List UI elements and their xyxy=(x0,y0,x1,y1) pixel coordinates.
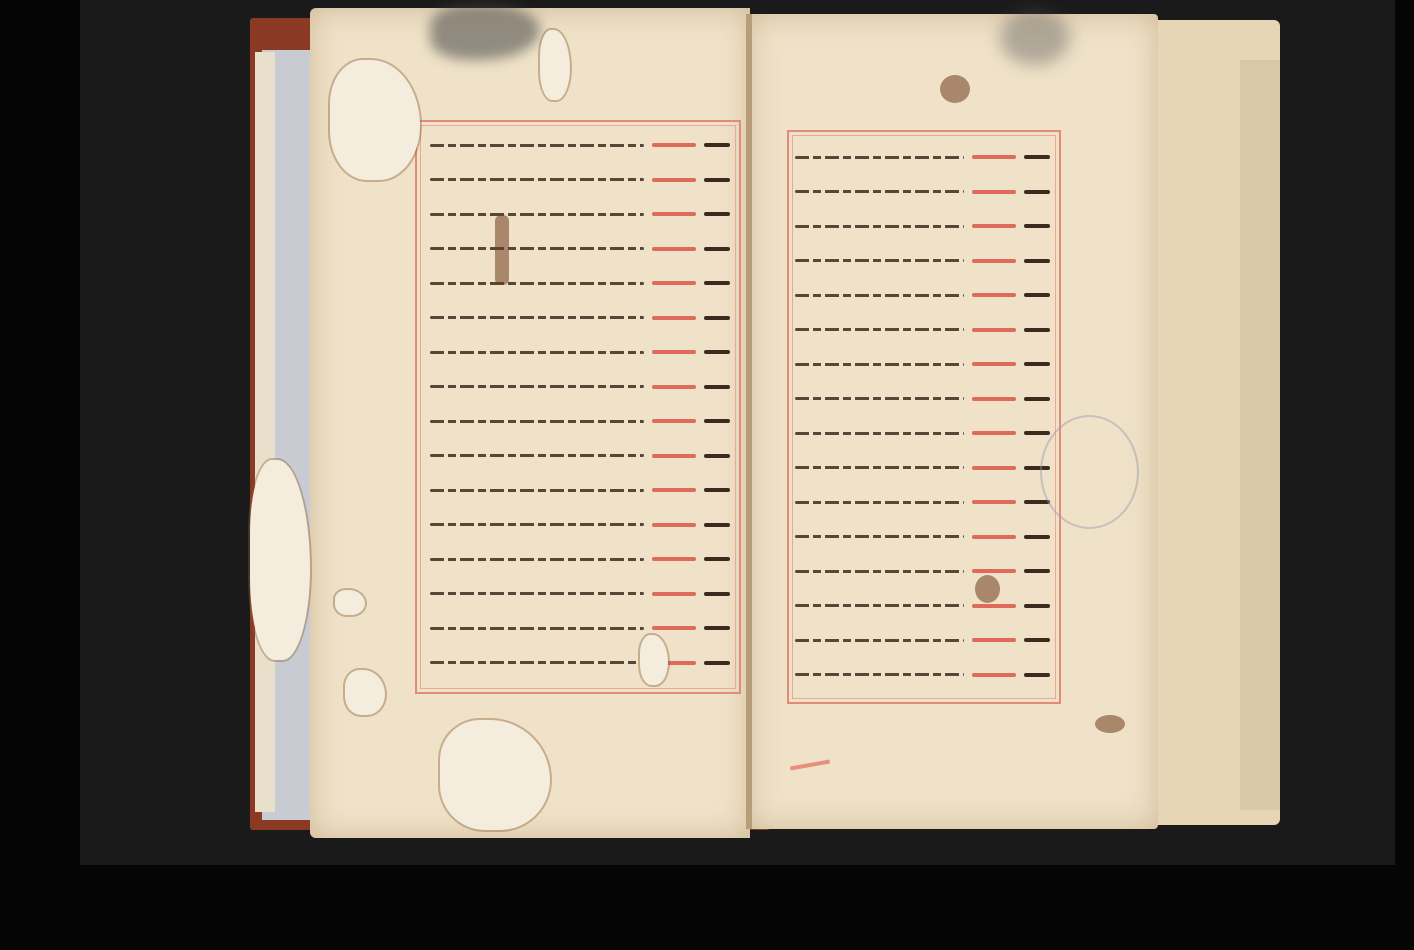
text-line xyxy=(795,209,1050,244)
text-line xyxy=(430,266,730,301)
text-line xyxy=(430,508,730,543)
text-line xyxy=(430,473,730,508)
text-line xyxy=(430,163,730,198)
damage-hole xyxy=(640,635,668,685)
flyleaf-edge xyxy=(255,52,275,812)
text-line xyxy=(795,485,1050,520)
text-line xyxy=(795,416,1050,451)
library-stamp xyxy=(1040,415,1139,529)
worm-damage xyxy=(940,75,970,103)
text-line xyxy=(430,197,730,232)
text-line xyxy=(430,232,730,267)
text-line xyxy=(430,128,730,163)
water-stain xyxy=(1000,10,1070,65)
text-line xyxy=(795,347,1050,382)
text-line xyxy=(430,542,730,577)
text-line xyxy=(430,301,730,336)
worm-damage xyxy=(975,575,1000,603)
right-text-block xyxy=(795,140,1050,692)
text-line xyxy=(430,439,730,474)
text-line xyxy=(795,451,1050,486)
left-text-block xyxy=(430,128,730,680)
text-line xyxy=(430,370,730,405)
damage-hole xyxy=(345,670,385,715)
text-line xyxy=(795,382,1050,417)
text-line xyxy=(430,577,730,612)
page-stack-edge xyxy=(1240,60,1280,810)
text-line xyxy=(430,335,730,370)
text-line xyxy=(430,646,730,681)
text-line xyxy=(795,175,1050,210)
text-line xyxy=(795,623,1050,658)
text-line xyxy=(795,140,1050,175)
text-line xyxy=(795,520,1050,555)
worm-damage xyxy=(495,215,509,285)
text-line xyxy=(795,554,1050,589)
folio-mark xyxy=(0,0,1,1)
text-line xyxy=(795,244,1050,279)
text-line xyxy=(430,611,730,646)
text-line xyxy=(430,404,730,439)
text-line xyxy=(795,313,1050,348)
damage-hole xyxy=(335,590,365,615)
worm-damage xyxy=(1095,715,1125,733)
text-line xyxy=(795,589,1050,624)
text-line xyxy=(795,658,1050,693)
text-line xyxy=(795,278,1050,313)
gutter xyxy=(746,14,752,829)
